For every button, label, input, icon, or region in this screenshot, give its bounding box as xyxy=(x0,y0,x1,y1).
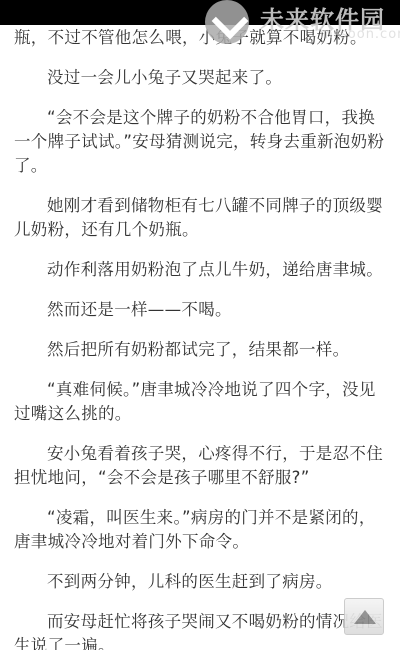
paragraph: 而安母赶忙将孩子哭闹又不喝奶粉的情况给医生说了一遍。 xyxy=(14,610,386,650)
paragraph: 瓶，不过不管他怎么喂，小兔子就算不喝奶粉。 xyxy=(14,26,386,50)
paragraph: “真难伺候。”唐聿城冷冷地说了四个字，没见过嘴这么挑的。 xyxy=(14,378,386,426)
paragraph: “凌霜，叫医生来。”病房的门并不是紧闭的，唐聿城冷冷地对着门外下命令。 xyxy=(14,506,386,554)
paragraph: 没过一会儿小兔子又哭起来了。 xyxy=(14,66,386,90)
reader-content[interactable]: 瓶，不过不管他怎么喂，小兔子就算不喝奶粉。 没过一会儿小兔子又哭起来了。 “会不… xyxy=(0,0,400,650)
triangle-up-icon xyxy=(354,610,376,624)
paragraph: 安小兔看着孩子哭，心疼得不行，于是忍不住担忧地问，“会不会是孩子哪里不舒服?” xyxy=(14,442,386,490)
paragraph: 她刚才看到储物柜有七八罐不同牌子的顶级婴儿奶粉，还有几个奶瓶。 xyxy=(14,194,386,242)
paragraph: 然而还是一样——不喝。 xyxy=(14,298,386,322)
status-bar xyxy=(0,0,400,25)
paragraph: 然后把所有奶粉都试完了，结果都一样。 xyxy=(14,338,386,362)
paragraph: 动作利落用奶粉泡了点儿牛奶，递给唐聿城。 xyxy=(14,258,386,282)
paragraph: 不到两分钟，儿科的医生赶到了病房。 xyxy=(14,570,386,594)
back-to-top-button[interactable] xyxy=(344,598,384,635)
paragraph: “会不会是这个牌子的奶粉不合他胃口，我换一个牌子试试。”安母猜测说完，转身去重新… xyxy=(14,106,386,178)
